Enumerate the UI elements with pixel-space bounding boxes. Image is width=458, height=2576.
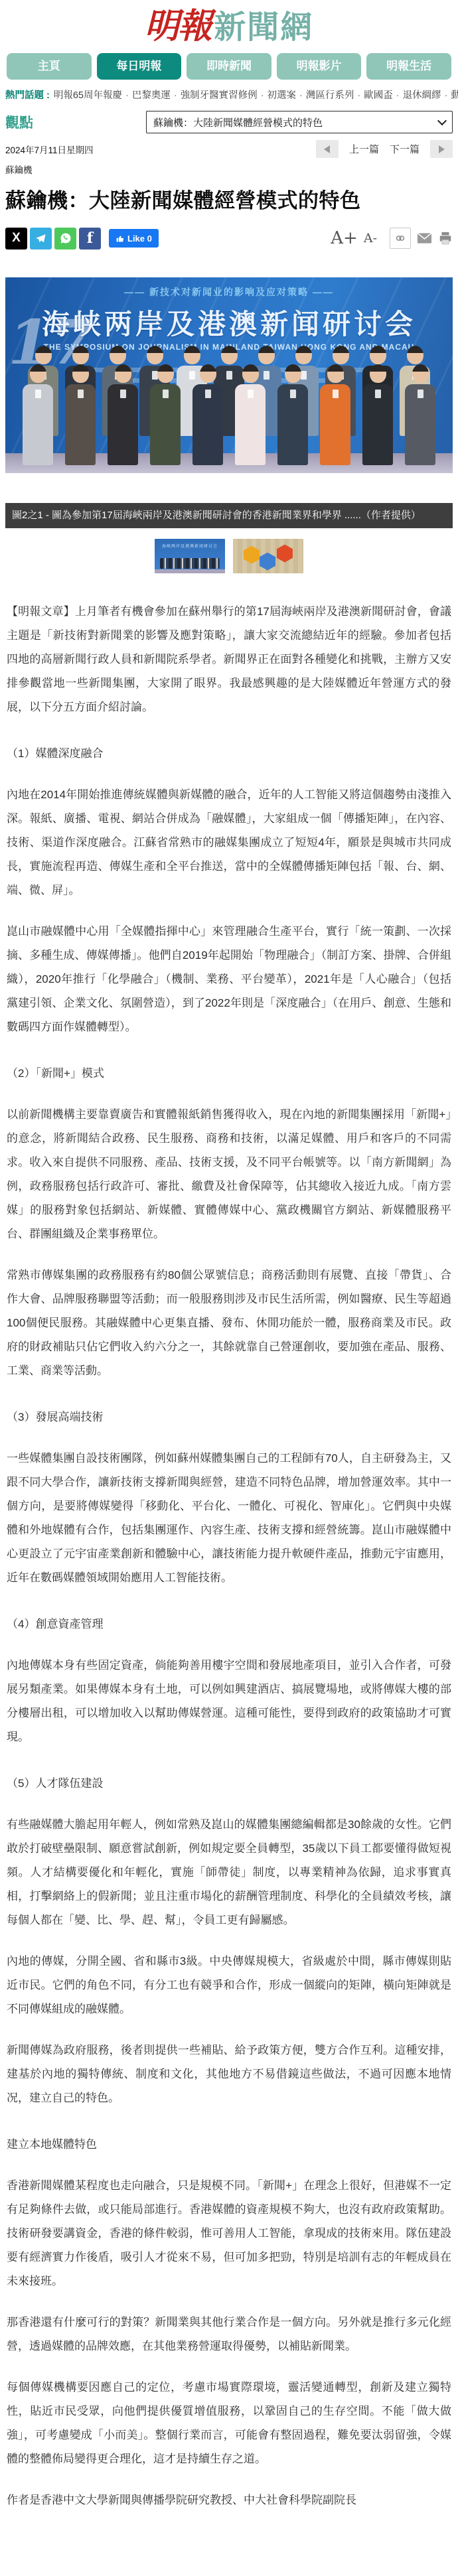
site-header: 明報 新聞網 (0, 0, 458, 50)
thumbnail-1-floor (155, 569, 225, 573)
person (62, 364, 99, 465)
hexagon-orange (244, 546, 260, 564)
section-heading: （4）創意資產管理 (7, 1612, 451, 1636)
thumbnail-1-title: 海峡两岸及港澳新闻研讨会 (155, 543, 225, 549)
hot-topic-link[interactable]: 巴黎奧運 (132, 90, 171, 101)
site-logo[interactable]: 明報 新聞網 (145, 9, 313, 44)
hot-topic-link[interactable]: 歐國盃 (364, 90, 393, 101)
people-front-row (5, 364, 453, 465)
person (359, 364, 396, 465)
like-button[interactable]: Like 0 (109, 229, 159, 248)
article-paragraph: 新聞傳媒為政府服務，後者則提供一些補貼、給予政策方便，雙方合作互利。這種安排，建… (7, 2039, 451, 2110)
whatsapp-share-button[interactable] (54, 228, 76, 250)
section-heading: （3）發展高端技術 (7, 1405, 451, 1429)
hot-topics-label: 熱門話題 : (5, 90, 50, 101)
article-paragraph: 以前新聞機構主要靠賣廣告和實體報紙銷售獲得收入，現在內地的新聞集團採用「新聞+」… (7, 1103, 451, 1246)
tab-1[interactable]: 每日明報 (97, 53, 182, 80)
share-buttons: X f Like 0 (5, 228, 159, 250)
left-arrow-icon (324, 145, 330, 153)
person (19, 364, 56, 465)
next-button[interactable] (430, 140, 453, 158)
article-body: 【明報文章】上月筆者有機會參加在蘇州舉行的第17屆海峽兩岸及港澳新聞研討會，會議… (0, 600, 458, 2576)
pager: 上一篇 下一篇 (316, 140, 453, 158)
person (402, 364, 439, 465)
section-heading: （1）媒體深度融合 (7, 742, 451, 766)
share-row: X f Like 0 A+ A- (0, 228, 458, 250)
article-paragraph: 那香港還有什麼可行的對策？新聞業與其他行業合作是一個方向。另外就是推行多元化經營… (7, 2311, 451, 2358)
x-icon: X (12, 231, 21, 246)
person (189, 364, 226, 465)
font-increase-button[interactable]: A+ (331, 230, 358, 247)
article-paragraph: 有些融媒體大膽起用年輕人，例如常熟及崑山的媒體集團總編輯都是30餘歲的女性。它們… (7, 1813, 451, 1932)
photo-banner-text: —— 新技术对新闻业的影响及应对策略 —— (5, 285, 453, 299)
prev-button[interactable] (316, 140, 339, 158)
hexagon-red (277, 545, 293, 563)
article-paragraph: 每個傳媒機構要因應自己的定位，考慮市場實際環境，靈活變通轉型，創新及建立獨特性，… (7, 2376, 451, 2471)
section-heading: （2）「新聞+」模式 (7, 1062, 451, 1086)
hexagon-blue (260, 553, 275, 571)
nav-tabs: 主頁每日明報即時新聞明報影片明報生活 (0, 53, 458, 80)
x-share-button[interactable]: X (5, 228, 27, 250)
article-paragraph: 內地在2014年開始推進傳統媒體與新媒體的融合，近年的人工智能又將這個趨勢由淺推… (7, 783, 451, 902)
article-select[interactable]: 蘇鑰機：大陸新聞媒體經營模式的特色 (146, 111, 453, 133)
article-paragraph: 【明報文章】上月筆者有機會參加在蘇州舉行的第17屆海峽兩岸及港澳新聞研討會，會議… (7, 600, 451, 719)
section-row: 觀點 蘇鑰機：大陸新聞媒體經營模式的特色 (0, 111, 458, 133)
tab-4[interactable]: 明報生活 (366, 53, 451, 80)
hot-topic-link[interactable]: 強制牙醫實習修例 (181, 90, 258, 101)
page-title: 蘇鑰機：大陸新聞媒體經營模式的特色 (0, 184, 458, 214)
topic-separator: · (357, 90, 360, 101)
person (147, 364, 184, 465)
topic-separator: · (396, 90, 400, 101)
person (232, 364, 269, 465)
font-decrease-button[interactable]: A- (364, 232, 377, 245)
date-row: 2024年7月11日星期四 上一篇 下一篇 (0, 140, 458, 158)
mail-icon (417, 232, 432, 244)
article-paragraph: 內地傳媒本身有些固定資產，倘能夠善用樓宇空間和發展地產項目，並引入合作者，可發展… (7, 1654, 451, 1749)
whatsapp-icon (59, 232, 72, 245)
next-label[interactable]: 下一篇 (390, 142, 420, 156)
topic-separator: · (445, 90, 448, 101)
like-label: Like 0 (127, 234, 152, 244)
person (317, 364, 354, 465)
print-icon (438, 231, 453, 246)
photo-title: 海峡两岸及港澳新闻研讨会 (5, 303, 453, 342)
link-icon (394, 232, 406, 244)
thumb-up-icon (115, 234, 124, 243)
thumbnail-2[interactable] (233, 539, 303, 573)
logo-newsnet: 新聞網 (214, 10, 313, 45)
image-caption: 圖2之1 - 圖為參加第17屆海峽兩岸及港澳新聞研討會的香港新聞業界和學界 ..… (5, 503, 453, 528)
hot-topics-list: 明報65周年報慶·巴黎奧運·強制牙醫實習修例·初選案·灣區行系列·歐國盃·退休綢… (54, 90, 458, 101)
topic-separator: · (261, 90, 264, 101)
article-paragraph: 崑山市融媒體中心用「全媒體指揮中心」來管理融合生產平台，實行「統一策劃、一次採摘… (7, 920, 451, 1039)
thumbnail-1-people (160, 558, 220, 569)
section-heading: （5）人才隊伍建設 (7, 1772, 451, 1796)
hot-topics-bar: 熱門話題 :明報65周年報慶·巴黎奧運·強制牙醫實習修例·初選案·灣區行系列·歐… (0, 88, 458, 102)
prev-label[interactable]: 上一篇 (349, 142, 379, 156)
thumbnail-1[interactable]: 海峡两岸及港澳新闻研讨会 (155, 539, 225, 573)
hot-topic-link[interactable]: 明報65周年報慶 (54, 90, 122, 101)
article-tools: A+ A- (331, 228, 453, 249)
article-paragraph: 內地的傳媒，分開全國、省和縣市3級。中央傳媒規模大，省級處於中間，縣市傳媒則貼近… (7, 1950, 451, 2021)
article-select-value: 蘇鑰機：大陸新聞媒體經營模式的特色 (153, 115, 323, 129)
article-paragraph: 香港新聞媒體某程度也走向融合，只是規模不同。「新聞+」在理念上很好，但港媒不一定… (7, 2174, 451, 2293)
person (104, 364, 141, 465)
section-title: 觀點 (5, 112, 33, 132)
topic-separator: · (299, 90, 303, 101)
facebook-icon: f (87, 230, 93, 247)
hot-topic-link[interactable]: 灣區行系列 (306, 90, 354, 101)
article-image: 17 —— 新技术对新闻业的影响及应对策略 —— 海峡两岸及港澳新闻研讨会 TH… (5, 277, 453, 473)
tab-0[interactable]: 主頁 (7, 53, 92, 80)
article-paragraph: 常熟市傳媒集團的政務服務有約80個公眾號信息；商務活動則有展覽、直接「帶貨」、合… (7, 1263, 451, 1383)
topic-separator: · (174, 90, 177, 101)
tab-2[interactable]: 即時新聞 (187, 53, 271, 80)
image-thumbnails: 海峡两岸及港澳新闻研讨会 (0, 539, 458, 573)
telegram-icon (35, 232, 47, 245)
topic-separator: · (125, 90, 129, 101)
chevron-down-icon (437, 116, 447, 125)
hot-topic-link[interactable]: 退休綢繆 (403, 90, 441, 101)
person (274, 364, 311, 465)
telegram-share-button[interactable] (30, 228, 52, 250)
right-arrow-icon (439, 145, 445, 153)
date-label: 2024年7月11日星期四 (5, 143, 94, 156)
logo-mingpao: 明報 (145, 6, 211, 46)
tab-3[interactable]: 明報影片 (277, 53, 362, 80)
author-name: 蘇鑰機 (0, 163, 458, 176)
copy-link-button[interactable] (390, 228, 411, 249)
email-button[interactable] (417, 232, 432, 244)
section-heading: 建立本地媒體特色 (7, 2133, 451, 2157)
hot-topic-link[interactable]: 初選案 (267, 90, 297, 101)
hot-topic-link[interactable]: 動漫節安排 (451, 90, 458, 101)
print-button[interactable] (438, 231, 453, 246)
facebook-share-button[interactable]: f (79, 228, 101, 250)
article-paragraph: 作者是香港中文大學新聞與傳播學院研究教授、中大社會科學院副院長 (7, 2488, 451, 2512)
article-paragraph: 一些媒體集團自設技術團隊，例如蘇州媒體集團自己的工程師有70人，自主研發為主，又… (7, 1447, 451, 1590)
